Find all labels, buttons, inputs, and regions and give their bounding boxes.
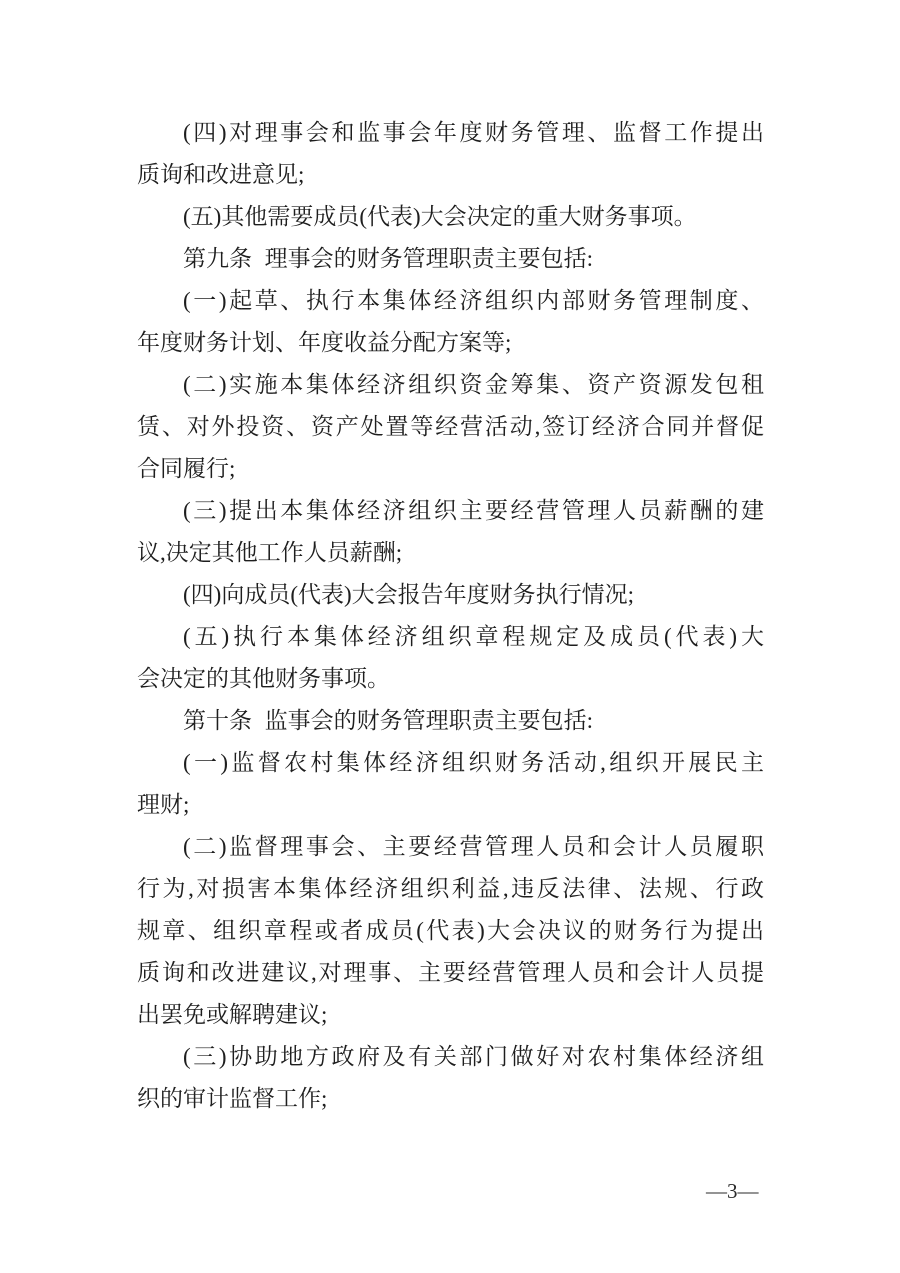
text-line: (二)监督理事会、主要经营管理人员和会计人员履职 (137, 826, 764, 868)
article-heading-line: 第十条监事会的财务管理职责主要包括: (137, 700, 764, 742)
article-heading-line: 第九条理事会的财务管理职责主要包括: (137, 238, 764, 280)
text-line: (一)起草、执行本集体经济组织内部财务管理制度、 (137, 280, 764, 322)
text-line: (五)执行本集体经济组织章程规定及成员(代表)大 (137, 616, 764, 658)
text-line: 出罢免或解聘建议; (137, 994, 764, 1036)
text-line: (四)对理事会和监事会年度财务管理、监督工作提出 (137, 112, 764, 154)
text-line: 赁、对外投资、资产处置等经营活动,签订经济合同并督促 (137, 406, 764, 448)
text-line: 议,决定其他工作人员薪酬; (137, 532, 764, 574)
text-line: 质询和改进建议,对理事、主要经营管理人员和会计人员提 (137, 952, 764, 994)
article-number: 第九条 (183, 246, 252, 271)
text-line: 年度财务计划、年度收益分配方案等; (137, 322, 764, 364)
text-line: 规章、组织章程或者成员(代表)大会决议的财务行为提出 (137, 910, 764, 952)
text-line: (三)协助地方政府及有关部门做好对农村集体经济组 (137, 1036, 764, 1078)
text-line: 织的审计监督工作; (137, 1078, 764, 1120)
text-line: 会决定的其他财务事项。 (137, 658, 764, 700)
text-line: (一)监督农村集体经济组织财务活动,组织开展民主 (137, 742, 764, 784)
text-line: 行为,对损害本集体经济组织利益,违反法律、法规、行政 (137, 868, 764, 910)
document-body: (四)对理事会和监事会年度财务管理、监督工作提出质询和改进意见;(五)其他需要成… (137, 112, 764, 1120)
text-line: (五)其他需要成员(代表)大会决定的重大财务事项。 (137, 196, 764, 238)
document-page: (四)对理事会和监事会年度财务管理、监督工作提出质询和改进意见;(五)其他需要成… (0, 0, 900, 1273)
article-number: 第十条 (183, 708, 252, 733)
text-line: (二)实施本集体经济组织资金筹集、资产资源发包租 (137, 364, 764, 406)
text-line: 质询和改进意见; (137, 154, 764, 196)
text-line: (四)向成员(代表)大会报告年度财务执行情况; (137, 574, 764, 616)
text-line: 合同履行; (137, 448, 764, 490)
page-number: —3— (706, 1179, 759, 1204)
text-line: (三)提出本集体经济组织主要经营管理人员薪酬的建 (137, 490, 764, 532)
text-line: 理财; (137, 784, 764, 826)
